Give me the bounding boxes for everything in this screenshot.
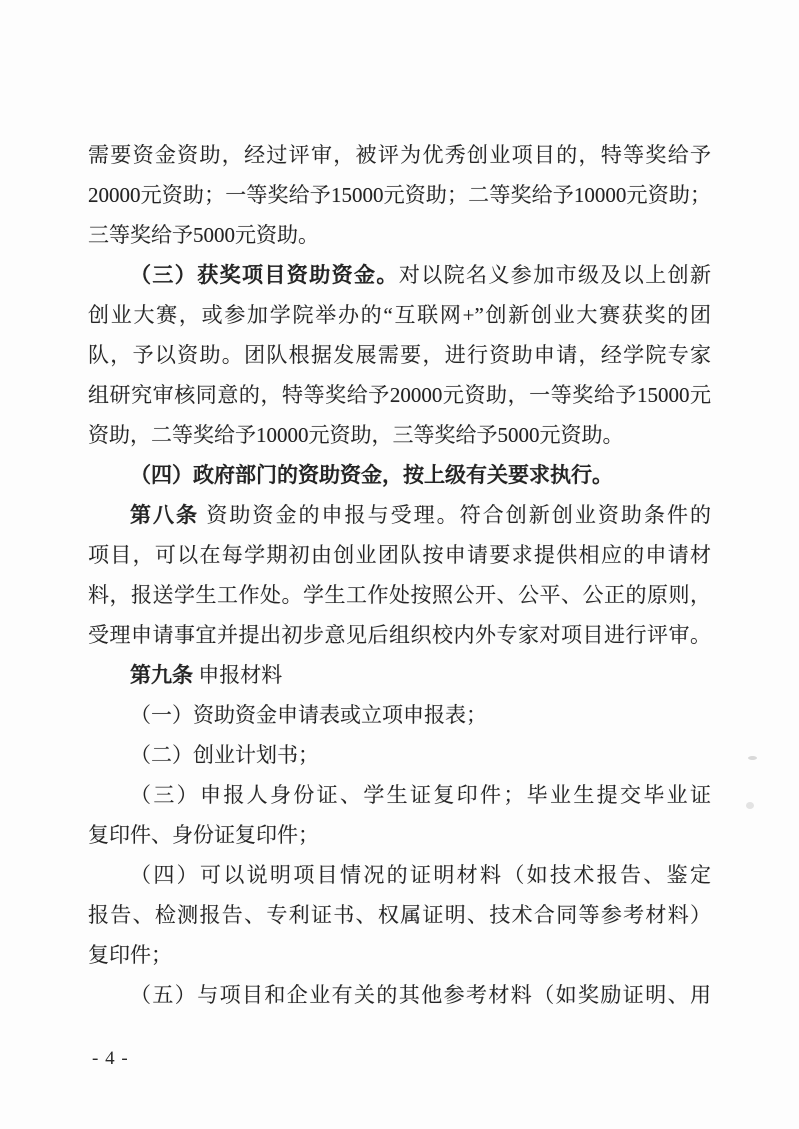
text-segment: 队，予以资助。团队根据发展需要，进行资助申请，经学院专家 bbox=[88, 343, 711, 367]
text-line: 第九条 申报材料 bbox=[88, 655, 711, 695]
text-line: 资助，二等奖给予10000元资助，三等奖给予5000元资助。 bbox=[88, 415, 711, 455]
text-segment: 申报材料 bbox=[193, 663, 282, 687]
text-segment-bold: 第九条 bbox=[130, 663, 193, 687]
text-segment: 组研究审核同意的，特等奖给予20000元资助，一等奖给予15000元 bbox=[88, 383, 711, 407]
text-segment: 对以院名义参加市级及以上创新 bbox=[399, 263, 711, 287]
text-segment: （五）与项目和企业有关的其他参考材料（如奖励证明、用 bbox=[130, 983, 711, 1007]
text-segment: 需要资金资助，经过评审，被评为优秀创业项目的，特等奖给予 bbox=[88, 143, 711, 167]
text-line: （三）获奖项目资助资金。对以院名义参加市级及以上创新 bbox=[88, 255, 711, 295]
text-line: （一）资助资金申请表或立项申报表； bbox=[88, 695, 711, 735]
scan-artifact bbox=[746, 802, 754, 809]
text-segment: 项目，可以在每学期初由创业团队按申请要求提供相应的申请材 bbox=[88, 543, 711, 567]
text-line: （四）政府部门的资助资金，按上级有关要求执行。 bbox=[88, 455, 711, 495]
text-line: 复印件； bbox=[88, 935, 711, 975]
text-segment: （三）申报人身份证、学生证复印件；毕业生提交毕业证 bbox=[130, 783, 711, 807]
text-segment-bold: （三）获奖项目资助资金。 bbox=[130, 263, 399, 287]
text-line: （五）与项目和企业有关的其他参考材料（如奖励证明、用 bbox=[88, 975, 711, 1015]
text-segment: （四）可以说明项目情况的证明材料（如技术报告、鉴定 bbox=[130, 863, 711, 887]
text-line: 料，报送学生工作处。学生工作处按照公开、公平、公正的原则， bbox=[88, 575, 711, 615]
text-line: 报告、检测报告、专利证书、权属证明、技术合同等参考材料） bbox=[88, 895, 711, 935]
text-line: 组研究审核同意的，特等奖给予20000元资助，一等奖给予15000元 bbox=[88, 375, 711, 415]
text-line: 复印件、身份证复印件； bbox=[88, 815, 711, 855]
text-line: 项目，可以在每学期初由创业团队按申请要求提供相应的申请材 bbox=[88, 535, 711, 575]
text-segment: （二）创业计划书； bbox=[130, 743, 319, 767]
text-segment: 资助资金的申报与受理。符合创新创业资助条件的 bbox=[199, 503, 711, 527]
text-segment: 报告、检测报告、专利证书、权属证明、技术合同等参考材料） bbox=[88, 903, 711, 927]
text-segment: 复印件、身份证复印件； bbox=[88, 823, 319, 847]
text-line: （三）申报人身份证、学生证复印件；毕业生提交毕业证 bbox=[88, 775, 711, 815]
scan-artifact bbox=[748, 756, 757, 760]
text-line: 第八条 资助资金的申报与受理。符合创新创业资助条件的 bbox=[88, 495, 711, 535]
text-segment: 受理申请事宜并提出初步意见后组织校内外专家对项目进行评审。 bbox=[88, 623, 711, 647]
text-line: 需要资金资助，经过评审，被评为优秀创业项目的，特等奖给予 bbox=[88, 135, 711, 175]
text-line: 受理申请事宜并提出初步意见后组织校内外专家对项目进行评审。 bbox=[88, 615, 711, 655]
text-line: （四）可以说明项目情况的证明材料（如技术报告、鉴定 bbox=[88, 855, 711, 895]
text-line: 创业大赛，或参加学院举办的“互联网+”创新创业大赛获奖的团 bbox=[88, 295, 711, 335]
text-segment: 三等奖给予5000元资助。 bbox=[88, 223, 319, 247]
text-segment: （一）资助资金申请表或立项申报表； bbox=[130, 703, 487, 727]
text-line: 三等奖给予5000元资助。 bbox=[88, 215, 711, 255]
page-number: - 4 - bbox=[92, 1048, 129, 1070]
text-line: 队，予以资助。团队根据发展需要，进行资助申请，经学院专家 bbox=[88, 335, 711, 375]
document-body: 需要资金资助，经过评审，被评为优秀创业项目的，特等奖给予20000元资助；一等奖… bbox=[88, 135, 711, 1015]
text-line: （二）创业计划书； bbox=[88, 735, 711, 775]
document-page: 需要资金资助，经过评审，被评为优秀创业项目的，特等奖给予20000元资助；一等奖… bbox=[0, 0, 799, 1129]
text-line: 20000元资助；一等奖给予15000元资助；二等奖给予10000元资助； bbox=[88, 175, 711, 215]
text-segment: 复印件； bbox=[88, 943, 172, 967]
text-segment-bold: 第八条 bbox=[130, 503, 199, 527]
text-segment: 创业大赛，或参加学院举办的“互联网+”创新创业大赛获奖的团 bbox=[88, 303, 711, 327]
text-segment: 料，报送学生工作处。学生工作处按照公开、公平、公正的原则， bbox=[88, 583, 711, 607]
text-segment-bold: （四）政府部门的资助资金，按上级有关要求执行。 bbox=[130, 463, 613, 487]
text-segment: 20000元资助；一等奖给予15000元资助；二等奖给予10000元资助； bbox=[88, 183, 711, 207]
text-segment: 资助，二等奖给予10000元资助，三等奖给予5000元资助。 bbox=[88, 423, 624, 447]
